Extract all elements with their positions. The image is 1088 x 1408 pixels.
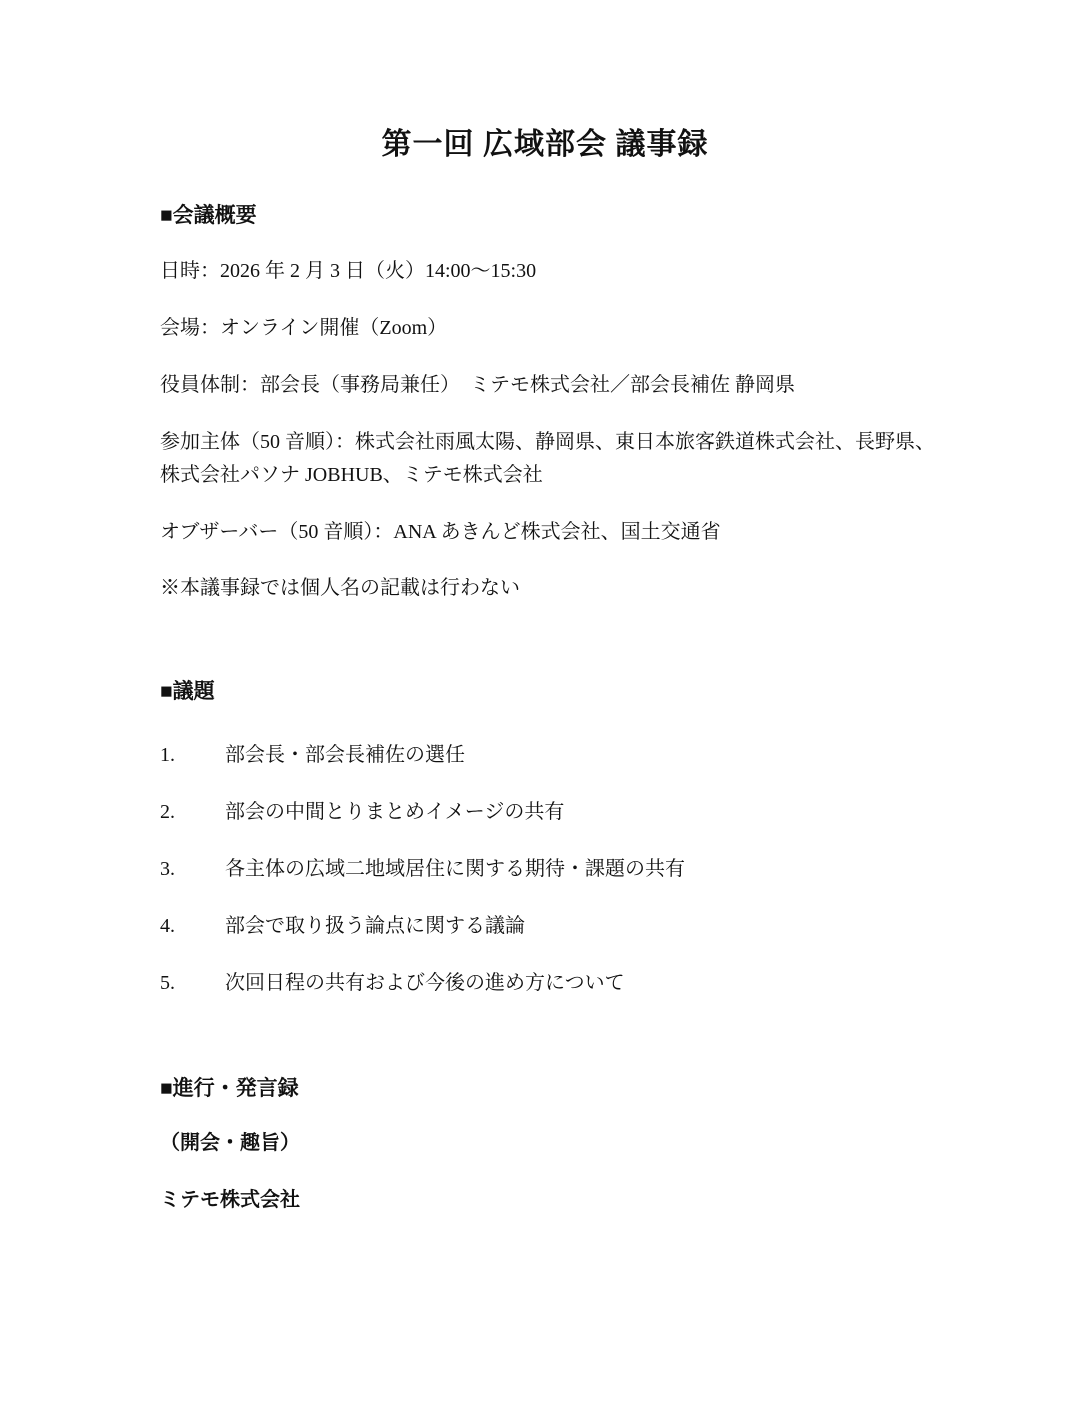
agenda-item-3: 3. 各主体の広域二地域居住に関する期待・課題の共有 [160,853,970,886]
document-page: 第一回 広域部会 議事録 ■会議概要 日時：2026 年 2 月 3 日（火）1… [0,0,1088,1408]
overview-participants-line2: 株式会社パソナ JOBHUB、ミテモ株式会社 [160,459,970,492]
document-title: 第一回 広域部会 議事録 [160,125,930,165]
overview-officers: 役員体制：部会長（事務局兼任） ミテモ株式会社／部会長補佐 静岡県 [160,369,970,402]
agenda-item-number: 3. [160,853,225,886]
overview-participants-line1: 参加主体（50 音順）：株式会社雨風太陽、静岡県、東日本旅客鉄道株式会社、長野県… [160,426,970,459]
agenda-item-4: 4. 部会で取り扱う論点に関する議論 [160,910,970,943]
agenda-item-text: 部会の中間とりまとめイメージの共有 [225,796,970,829]
agenda-heading: ■議題 [160,674,970,709]
minutes-subheading: （開会・趣旨） [160,1126,970,1161]
agenda-item-number: 5. [160,967,225,1000]
overview-datetime: 日時：2026 年 2 月 3 日（火）14:00～15:30 [160,255,970,288]
agenda-item-text: 部会で取り扱う論点に関する議論 [225,910,970,943]
agenda-item-number: 4. [160,910,225,943]
agenda-item-1: 1. 部会長・部会長補佐の選任 [160,739,970,772]
overview-participants: 参加主体（50 音順）：株式会社雨風太陽、静岡県、東日本旅客鉄道株式会社、長野県… [160,426,970,492]
agenda-item-2: 2. 部会の中間とりまとめイメージの共有 [160,796,970,829]
minutes-heading: ■進行・発言録 [160,1071,970,1106]
agenda-item-text: 次回日程の共有および今後の進め方について [225,967,970,1000]
agenda-item-5: 5. 次回日程の共有および今後の進め方について [160,967,970,1000]
overview-heading: ■会議概要 [160,198,970,233]
agenda-item-text: 部会長・部会長補佐の選任 [225,739,970,772]
overview-note: ※本議事録では個人名の記載は行わない [160,572,970,605]
agenda-item-number: 1. [160,739,225,772]
overview-observers: オブザーバー（50 音順）：ANA あきんど株式会社、国土交通省 [160,516,970,549]
overview-venue: 会場：オンライン開催（Zoom） [160,312,970,345]
agenda-item-number: 2. [160,796,225,829]
minutes-speaker: ミテモ株式会社 [160,1183,970,1218]
agenda-item-text: 各主体の広域二地域居住に関する期待・課題の共有 [225,853,970,886]
